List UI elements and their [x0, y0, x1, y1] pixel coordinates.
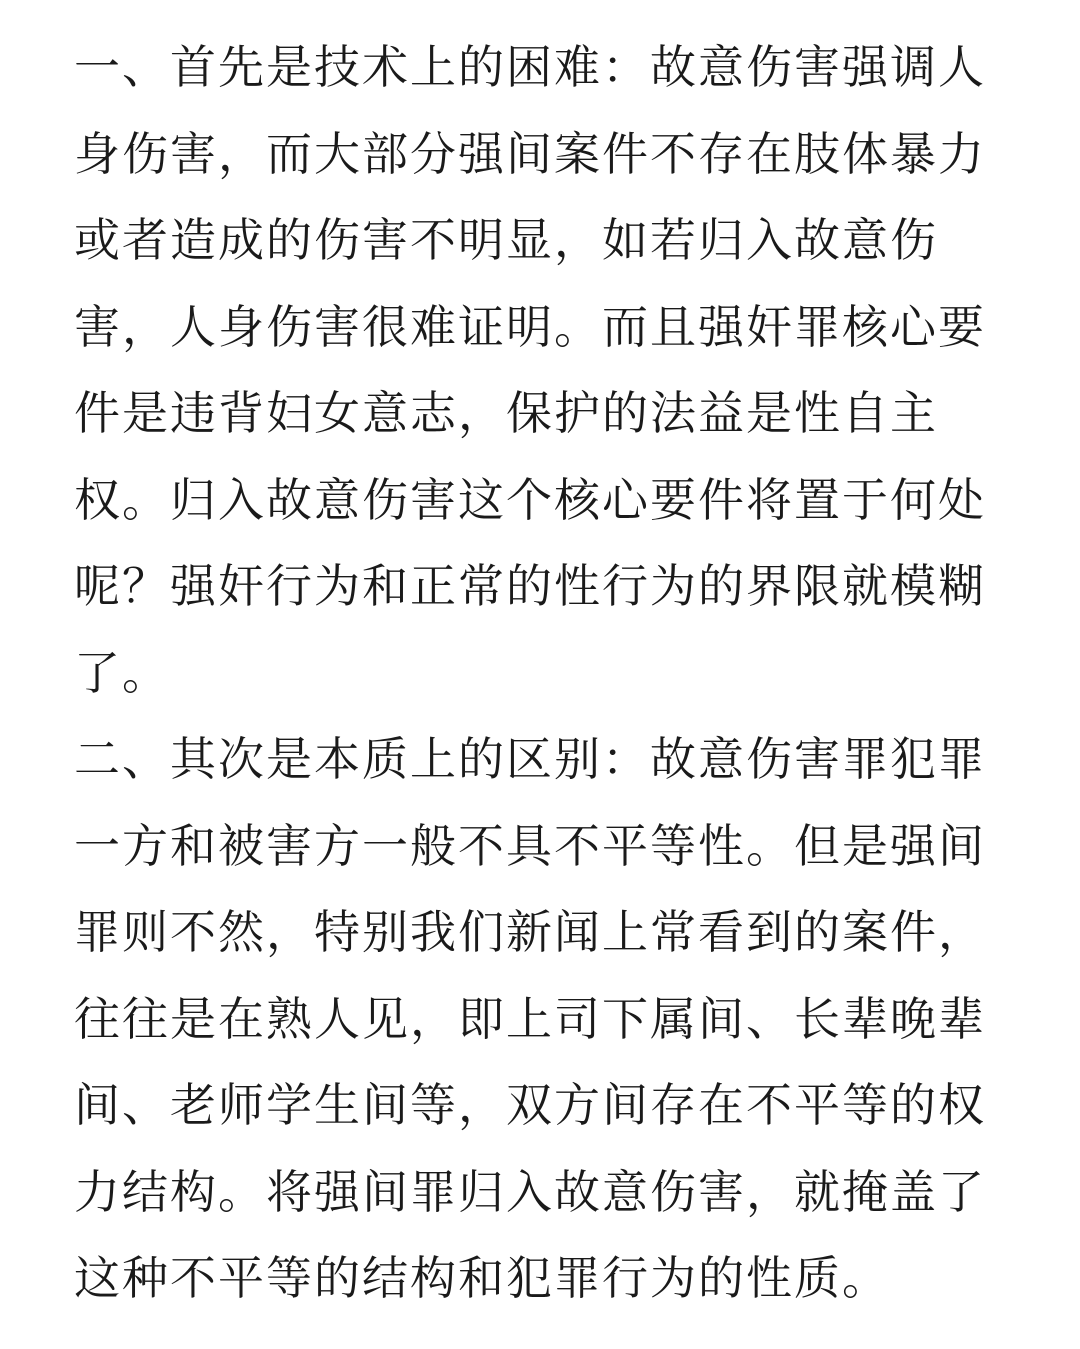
- text-line: 了。: [74, 630, 1014, 717]
- paragraph-point-one: 一、首先是技术上的困难：故意伤害强调人 身伤害，而大部分强间案件不存在肢体暴力 …: [74, 24, 1014, 716]
- text-line: 这种不平等的结构和犯罪行为的性质。: [74, 1235, 1014, 1322]
- text-line: 间、老师学生间等，双方间存在不平等的权: [74, 1062, 1014, 1149]
- text-line: 罪则不然，特别我们新闻上常看到的案件，: [74, 889, 1014, 976]
- text-line: 或者造成的伤害不明显，如若归入故意伤: [74, 197, 1014, 284]
- text-line: 力结构。将强间罪归入故意伤害，就掩盖了: [74, 1149, 1014, 1236]
- document-body: 一、首先是技术上的困难：故意伤害强调人 身伤害，而大部分强间案件不存在肢体暴力 …: [74, 24, 1014, 1322]
- text-line: 一、首先是技术上的困难：故意伤害强调人: [74, 24, 1014, 111]
- text-line: 二、其次是本质上的区别：故意伤害罪犯罪: [74, 716, 1014, 803]
- text-line: 呢？强奸行为和正常的性行为的界限就模糊: [74, 543, 1014, 630]
- paragraph-point-two: 二、其次是本质上的区别：故意伤害罪犯罪 一方和被害方一般不具不平等性。但是强间 …: [74, 716, 1014, 1322]
- text-line: 权。归入故意伤害这个核心要件将置于何处: [74, 457, 1014, 544]
- text-line: 害，人身伤害很难证明。而且强奸罪核心要: [74, 284, 1014, 371]
- text-line: 一方和被害方一般不具不平等性。但是强间: [74, 803, 1014, 890]
- text-line: 件是违背妇女意志，保护的法益是性自主: [74, 370, 1014, 457]
- text-line: 身伤害，而大部分强间案件不存在肢体暴力: [74, 111, 1014, 198]
- text-line: 往往是在熟人见，即上司下属间、长辈晚辈: [74, 976, 1014, 1063]
